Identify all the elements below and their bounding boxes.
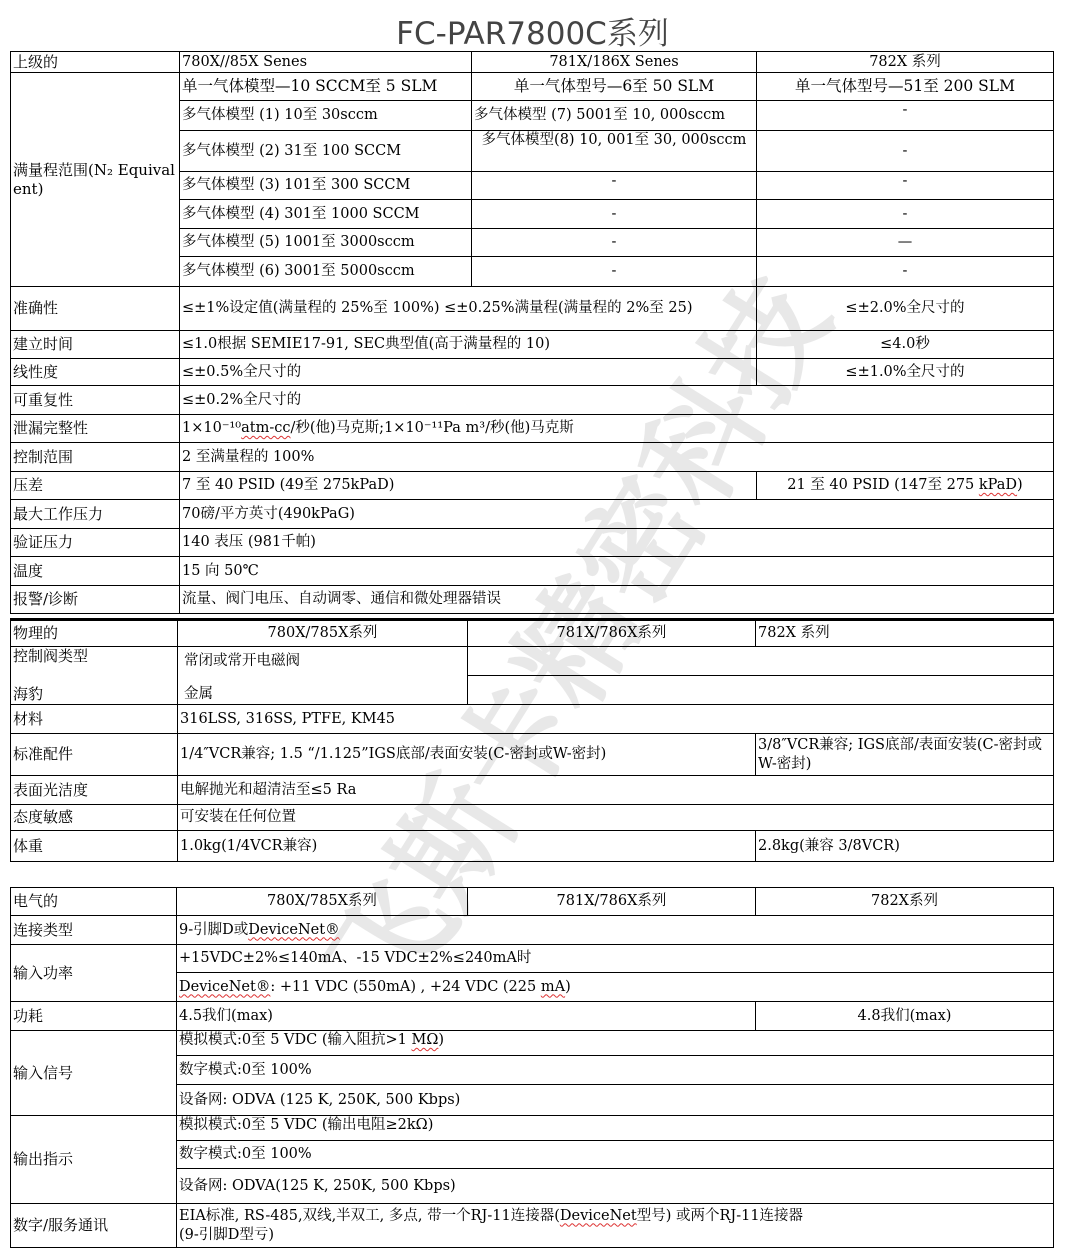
cell: -: [472, 229, 757, 257]
text: 1×10⁻¹⁰: [182, 420, 241, 436]
cell: 金属: [178, 676, 468, 705]
cell: +15VDC±2%≤140mA、-15 VDC±2%≤240mA时: [177, 945, 1054, 973]
text-line: (9-引脚D型亏): [179, 1226, 1051, 1245]
table-row-settling: 建立时间 ≤1.0根据 SEMIE17-91, SEC典型值(高于满量程的 10…: [11, 331, 1054, 359]
column-header-782x: 782X系列: [756, 888, 1054, 916]
column-header-782x: 782X 系列: [756, 620, 1054, 647]
cell: ≤±1.0%全尺寸的: [757, 359, 1054, 386]
table-header-row: 物理的 780X/785X系列 781X/786X系列 782X 系列: [11, 620, 1054, 647]
row-label: 验证压力: [11, 529, 180, 557]
text: DeviceNet®: [248, 922, 339, 938]
cell: 1.0kg(1/4VCR兼容): [178, 831, 756, 862]
row-label: 体重: [11, 831, 178, 862]
table-row-diff-pressure: 压差 7 至 40 PSID (49至 275kPaD) 21 至 40 PSI…: [11, 472, 1054, 500]
row-label: 数字/服务通讯: [11, 1204, 177, 1248]
cell: ≤±2.0%全尺寸的: [757, 287, 1054, 331]
text: 型号) 或两个RJ-11连接器: [637, 1208, 803, 1224]
cell: 流量、阀门电压、自动调零、通信和微处理器错误: [180, 586, 1054, 614]
row-label: 控制范围: [11, 443, 180, 472]
cell: [468, 647, 1054, 676]
table-row-seals: 海豹 金属: [11, 676, 1054, 705]
row-label: 压差: [11, 472, 180, 500]
row-label: 控制阀类型: [11, 647, 178, 676]
text: : +11 VDC (550mA) , +24 VDC (225: [270, 979, 541, 995]
cell: 1/4″VCR兼容; 1.5 “/1.125”IGS底部/表面安装(C-密封或W…: [178, 734, 756, 776]
cell: [468, 676, 1054, 705]
cell: 单一气体型号—6至 50 SLM: [472, 73, 757, 101]
cell: 9-引脚D或DeviceNet®: [177, 916, 1054, 945]
row-label-full-scale: 满量程范围(N₂ Equivalent): [11, 73, 180, 287]
cell: -: [757, 101, 1054, 131]
physical-table: 物理的 780X/785X系列 781X/786X系列 782X 系列 控制阀类…: [10, 618, 1054, 862]
text-line: EIA标准, RS-485,双线,半双工, 多点, 带一个RJ-11连接器(De…: [179, 1207, 1051, 1226]
cell: ≤±0.5%全尺寸的: [180, 359, 757, 386]
row-label: 建立时间: [11, 331, 180, 359]
cell: 21 至 40 PSID (147至 275 kPaD): [757, 472, 1054, 500]
table-row-linearity: 线性度 ≤±0.5%全尺寸的 ≤±1.0%全尺寸的: [11, 359, 1054, 386]
cell: 70磅/平方英寸(490kPaG): [180, 500, 1054, 529]
text: ): [565, 979, 571, 995]
cell: 常闭或常开电磁阀: [178, 647, 468, 676]
row-label: 最大工作压力: [11, 500, 180, 529]
cell: 多气体模型(8) 10, 001至 30, 000sccm: [472, 131, 757, 172]
row-label: 上级的: [11, 52, 180, 73]
cell: 4.8我们(max): [756, 1002, 1054, 1031]
column-header-781x: 781X/786X系列: [468, 888, 756, 916]
cell: 电解抛光和超清洁至≤5 Ra: [178, 776, 1054, 805]
cell: 15 向 50℃: [180, 557, 1054, 586]
table-row-alarms: 报警/诊断 流量、阀门电压、自动调零、通信和微处理器错误: [11, 586, 1054, 614]
cell: ≤1.0根据 SEMIE17-91, SEC典型值(高于满量程的 10): [180, 331, 757, 359]
table-row-input-signal: 输入信号 模拟模式:0至 5 VDC (输入阻抗>1 MΩ): [11, 1031, 1054, 1056]
text: /秒(他)马克斯;1×10⁻¹¹Pa m³/秒(他)马克斯: [290, 420, 573, 436]
cell: 316LSS, 316SS, PTFE, KM45: [178, 705, 1054, 734]
text: ): [1017, 477, 1023, 493]
row-label: 海豹: [11, 676, 178, 705]
cell: 多气体模型 (5) 1001至 3000sccm: [180, 229, 472, 257]
cell: 模拟模式:0至 5 VDC (输入阻抗>1 MΩ): [177, 1031, 1054, 1056]
table-row-power-consumption: 功耗 4.5我们(max) 4.8我们(max): [11, 1002, 1054, 1031]
cell: 多气体模型 (4) 301至 1000 SCCM: [180, 200, 472, 229]
column-header-780x: 780X//85X Senes: [180, 52, 472, 73]
text: EIA标准, RS-485,双线,半双工, 多点, 带一个RJ-11连接器(: [179, 1208, 560, 1224]
cell: 7 至 40 PSID (49至 275kPaD): [180, 472, 757, 500]
table-row-attitude: 态度敏感 可安装在任何位置: [11, 805, 1054, 831]
cell: 数字模式:0至 100%: [177, 1056, 1054, 1085]
row-label: 态度敏感: [11, 805, 178, 831]
cell: -: [472, 200, 757, 229]
cell: 设备网: ODVA(125 K, 250K, 500 Kbps): [177, 1169, 1054, 1204]
text: 9-引脚D或: [179, 922, 248, 938]
cell: DeviceNet®: +11 VDC (550mA) , +24 VDC (2…: [177, 973, 1054, 1002]
text: 模拟模式:0至 5 VDC (输入阻抗>1: [179, 1032, 412, 1048]
cell: EIA标准, RS-485,双线,半双工, 多点, 带一个RJ-11连接器(De…: [177, 1204, 1054, 1248]
column-header-781x: 781X/786X系列: [468, 620, 756, 647]
row-label: 输出指示: [11, 1116, 177, 1204]
electrical-table: 电气的 780X/785X系列 781X/786X系列 782X系列 连接类型 …: [10, 887, 1054, 1248]
column-header-782x: 782X 系列: [757, 52, 1054, 73]
cell: 多气体模型 (7) 5001至 10, 000sccm: [472, 101, 757, 131]
cell: ≤±0.2%全尺寸的: [180, 386, 1054, 415]
cell: 多气体模型 (3) 101至 300 SCCM: [180, 172, 472, 200]
cell: 多气体模型 (2) 31至 100 SCCM: [180, 131, 472, 172]
row-label: 表面光洁度: [11, 776, 178, 805]
table-row-control-range: 控制范围 2 至满量程的 100%: [11, 443, 1054, 472]
row-label: 材料: [11, 705, 178, 734]
cell: -: [757, 200, 1054, 229]
table-header-row: 上级的 780X//85X Senes 781X/186X Senes 782X…: [11, 52, 1054, 73]
cell: 可安装在任何位置: [178, 805, 1054, 831]
column-header-781x: 781X/186X Senes: [472, 52, 757, 73]
cell: 单一气体型号—51至 200 SLM: [757, 73, 1054, 101]
text: ): [438, 1032, 444, 1048]
text: 21 至 40 PSID (147至 275: [787, 477, 979, 493]
table-row-materials: 材料 316LSS, 316SS, PTFE, KM45: [11, 705, 1054, 734]
cell: 数字模式:0至 100%: [177, 1141, 1054, 1169]
row-label: 输入功率: [11, 945, 177, 1002]
cell: ≤4.0秒: [757, 331, 1054, 359]
text: atm-cc: [241, 420, 290, 436]
table-row-valve-type: 控制阀类型 常闭或常开电磁阀: [11, 647, 1054, 676]
row-label: 电气的: [11, 888, 177, 916]
table-row-finish: 表面光洁度 电解抛光和超清洁至≤5 Ra: [11, 776, 1054, 805]
table-row-fittings: 标准配件 1/4″VCR兼容; 1.5 “/1.125”IGS底部/表面安装(C…: [11, 734, 1054, 776]
table-row-repeatability: 可重复性 ≤±0.2%全尺寸的: [11, 386, 1054, 415]
row-label: 标准配件: [11, 734, 178, 776]
table-row-digital-comm: 数字/服务通讯 EIA标准, RS-485,双线,半双工, 多点, 带一个RJ-…: [11, 1204, 1054, 1248]
cell: 140 表压 (981千帕): [180, 529, 1054, 557]
row-label: 线性度: [11, 359, 180, 386]
row-label: 报警/诊断: [11, 586, 180, 614]
cell: 3/8″VCR兼容; IGS底部/表面安装(C-密封或W-密封): [756, 734, 1054, 776]
col-header-text: 780X//85X Senes: [182, 54, 307, 70]
cell: 设备网: ODVA (125 K, 250K, 500 Kbps): [177, 1085, 1054, 1116]
table-row-connection: 连接类型 9-引脚D或DeviceNet®: [11, 916, 1054, 945]
column-header-780x: 780X/785X系列: [177, 888, 468, 916]
table-row-weight: 体重 1.0kg(1/4VCR兼容) 2.8kg(兼容 3/8VCR): [11, 831, 1054, 862]
row-label: 功耗: [11, 1002, 177, 1031]
cell: -: [472, 257, 757, 287]
cell: 多气体模型 (1) 10至 30sccm: [180, 101, 472, 131]
cell: -: [472, 172, 757, 200]
row-label: 物理的: [11, 620, 178, 647]
specs-table: 上级的 780X//85X Senes 781X/186X Senes 782X…: [10, 51, 1054, 614]
cell: ≤±1%设定值(满量程的 25%至 100%) ≤±0.25%满量程(满量程的 …: [180, 287, 757, 331]
table-row-accuracy: 准确性 ≤±1%设定值(满量程的 25%至 100%) ≤±0.25%满量程(满…: [11, 287, 1054, 331]
cell: 4.5我们(max): [177, 1002, 756, 1031]
table-row-temperature: 温度 15 向 50℃: [11, 557, 1054, 586]
text: DeviceNet: [560, 1208, 637, 1224]
row-label: 准确性: [11, 287, 180, 331]
row-label: 可重复性: [11, 386, 180, 415]
text: MΩ: [412, 1032, 439, 1048]
cell: 1×10⁻¹⁰atm-cc/秒(他)马克斯;1×10⁻¹¹Pa m³/秒(他)马…: [180, 415, 1054, 443]
cell: 2.8kg(兼容 3/8VCR): [756, 831, 1054, 862]
column-header-780x: 780X/785X系列: [178, 620, 468, 647]
text: kPaD: [979, 477, 1017, 493]
cell: 2 至满量程的 100%: [180, 443, 1054, 472]
text: DeviceNet®: [179, 979, 270, 995]
cell: —: [757, 229, 1054, 257]
table-row-max-pressure: 最大工作压力 70磅/平方英寸(490kPaG): [11, 500, 1054, 529]
cell: 多气体模型 (6) 3001至 5000sccm: [180, 257, 472, 287]
table-row-leak: 泄漏完整性 1×10⁻¹⁰atm-cc/秒(他)马克斯;1×10⁻¹¹Pa m³…: [11, 415, 1054, 443]
row-label: 连接类型: [11, 916, 177, 945]
table-row-input-power: 输入功率 +15VDC±2%≤140mA、-15 VDC±2%≤240mA时: [11, 945, 1054, 973]
row-label: 输入信号: [11, 1031, 177, 1116]
cell: -: [757, 131, 1054, 172]
text: mA: [541, 979, 565, 995]
table-header-row: 电气的 780X/785X系列 781X/786X系列 782X系列: [11, 888, 1054, 916]
cell: -: [757, 257, 1054, 287]
cell: 模拟模式:0至 5 VDC (输出电阻≥2kΩ): [177, 1116, 1054, 1141]
row-label: 泄漏完整性: [11, 415, 180, 443]
document-title: FC-PAR7800C系列: [0, 8, 1065, 53]
cell: 单一气体模型—10 SCCM至 5 SLM: [180, 73, 472, 101]
row-label: 温度: [11, 557, 180, 586]
table-row-output-indication: 输出指示 模拟模式:0至 5 VDC (输出电阻≥2kΩ): [11, 1116, 1054, 1141]
cell: -: [757, 172, 1054, 200]
table-row-proof-pressure: 验证压力 140 表压 (981千帕): [11, 529, 1054, 557]
table-row: 满量程范围(N₂ Equivalent) 单一气体模型—10 SCCM至 5 S…: [11, 73, 1054, 101]
